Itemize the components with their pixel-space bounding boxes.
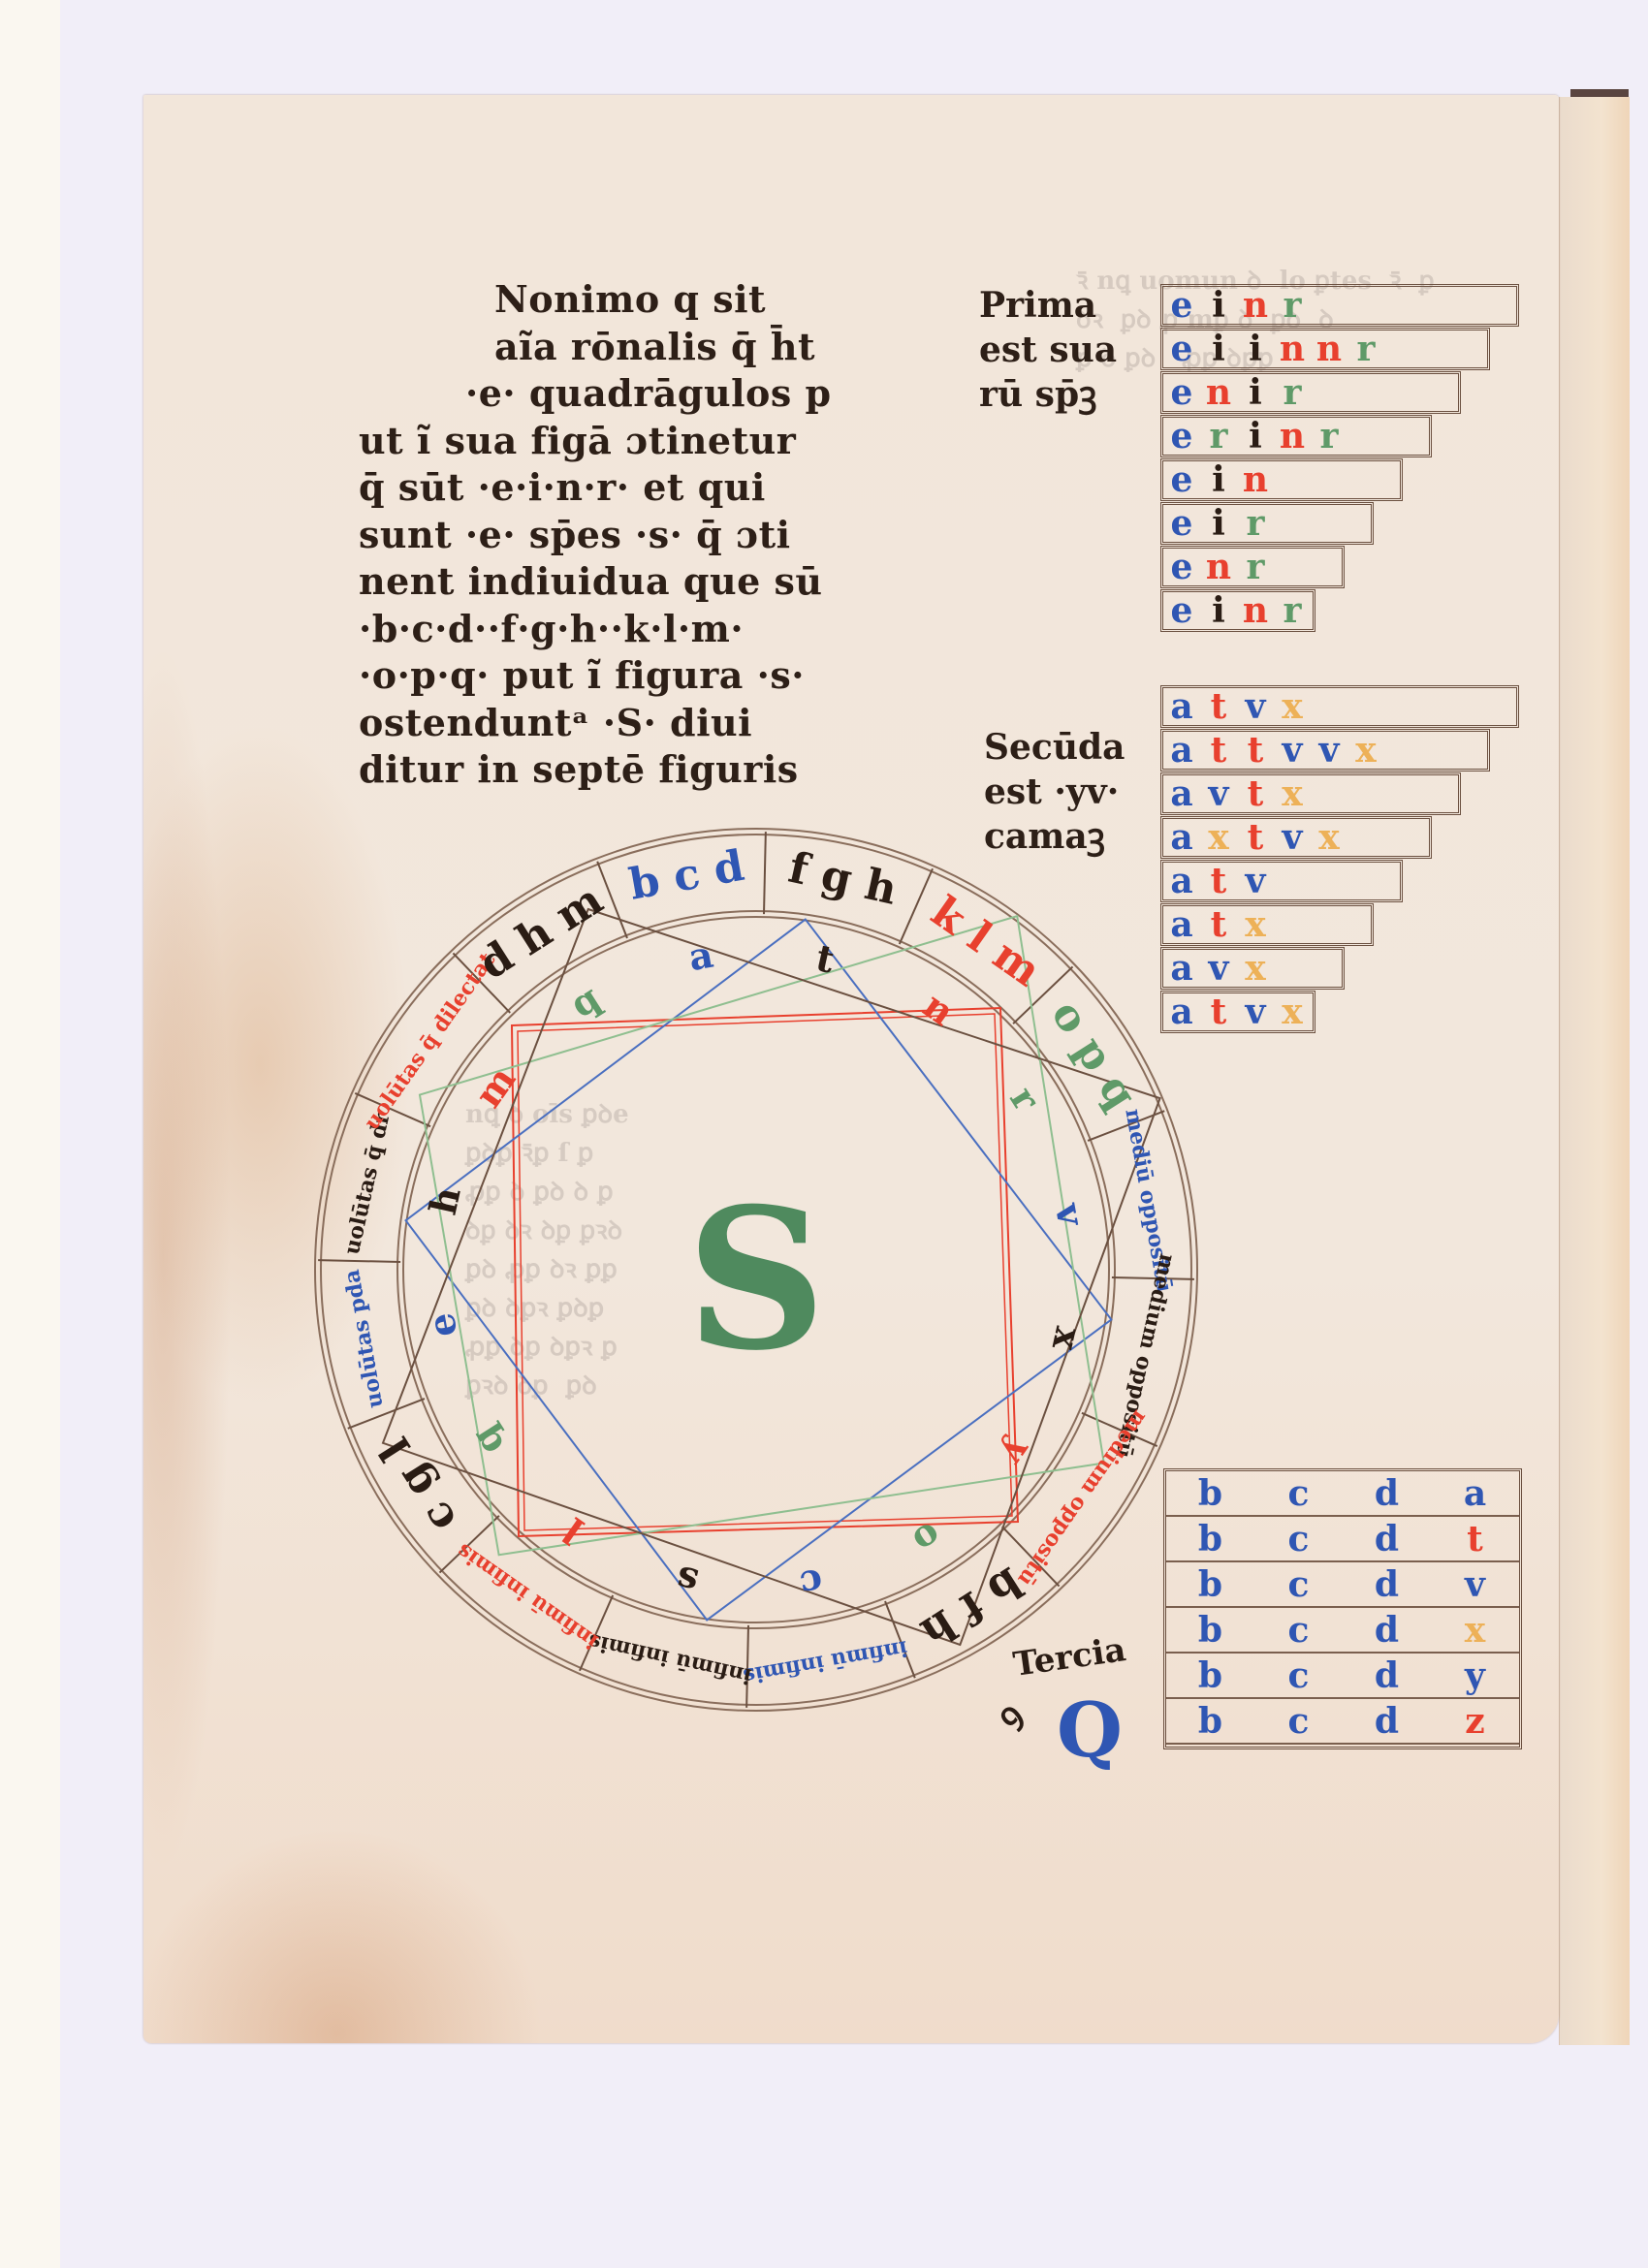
table-cell: v — [1237, 686, 1274, 727]
inner-point-label: q — [562, 975, 608, 1025]
table-cell: d — [1343, 1701, 1431, 1742]
inner-point-label: q — [461, 1418, 512, 1464]
table-cell: n — [1274, 329, 1311, 369]
ring-segment-label: c g l — [370, 1429, 466, 1541]
text-line: ·o·p·q· put ĩ figura ·s· — [359, 652, 902, 700]
table-cell: n — [1274, 416, 1311, 457]
table-cell: n — [1237, 590, 1274, 631]
table-row: bcdz — [1166, 1699, 1519, 1745]
table-cell: i — [1200, 459, 1237, 500]
table-cell: a — [1431, 1473, 1519, 1514]
table-cell: i — [1200, 503, 1237, 544]
table-cell: c — [1254, 1473, 1343, 1514]
table-row: atvx — [1160, 685, 1519, 728]
table-row: erinr — [1160, 415, 1432, 457]
table-cell: c — [1254, 1564, 1343, 1605]
table-cell: n — [1237, 285, 1274, 326]
text-line: nent indiuidua que sū — [359, 558, 902, 606]
table-cell: t — [1200, 992, 1237, 1032]
table-cell: n — [1200, 547, 1237, 587]
ring-segment-label: infimū infimis — [742, 1635, 910, 1688]
table-cell: t — [1200, 730, 1237, 771]
table-row: bcdv — [1166, 1562, 1519, 1608]
inner-point-label: v — [1047, 1199, 1094, 1230]
table-cell: t — [1431, 1519, 1519, 1559]
table-cell: i — [1237, 329, 1274, 369]
text-line: Nonimo q sit — [359, 276, 902, 324]
table-cell: t — [1237, 817, 1274, 858]
table-tercia: bcdabcdtbcdvbcdxbcdybcdz — [1163, 1468, 1522, 1749]
table-cell: c — [1254, 1655, 1343, 1696]
table-cell: d — [1343, 1655, 1431, 1696]
table-cell: x — [1274, 992, 1311, 1032]
table-cell: i — [1200, 285, 1237, 326]
table-cell: d — [1343, 1519, 1431, 1559]
center-letter-s: S — [686, 1166, 826, 1394]
table-row: bcdx — [1166, 1608, 1519, 1654]
main-text: Nonimo q sit aĩa rōnalis q̄ h̄t ·e· quad… — [359, 276, 902, 794]
text-line: ·e· quadrāgulos p — [359, 370, 902, 418]
table-row: enr — [1160, 546, 1345, 588]
table-cell: x — [1311, 817, 1347, 858]
table-cell: r — [1347, 329, 1384, 369]
inner-point-label: c — [797, 1560, 827, 1607]
ring-segment-label: b c d — [625, 841, 747, 910]
ring-segment-label: infimū infimis — [452, 1538, 603, 1654]
table-cell: x — [1347, 730, 1384, 771]
table-cell: v — [1200, 773, 1237, 814]
inner-point-label: n — [915, 983, 962, 1034]
inner-point-label: s — [672, 1558, 702, 1605]
table-cell: c — [1254, 1610, 1343, 1651]
table-cell: e — [1163, 416, 1200, 457]
table-cell: r — [1237, 547, 1274, 587]
table-cell: e — [1163, 459, 1200, 500]
table-cell: e — [1163, 503, 1200, 544]
table-cell: v — [1274, 817, 1311, 858]
table-cell: x — [1200, 817, 1237, 858]
table-row: einr — [1160, 284, 1519, 327]
table-cell: x — [1237, 948, 1274, 989]
table-cell: y — [1431, 1655, 1519, 1696]
inner-point-label: o — [905, 1514, 950, 1564]
table-cell: e — [1163, 329, 1200, 369]
table-cell: r — [1274, 590, 1311, 631]
table-cell: r — [1237, 503, 1274, 544]
table-row: einr — [1160, 589, 1315, 632]
ring-segment-label: b f h — [912, 1558, 1030, 1657]
label-prima: Prima est sua rū sp̄ꝫ — [979, 283, 1117, 417]
table-cell: z — [1431, 1701, 1519, 1742]
table-cell: v — [1311, 730, 1347, 771]
table-cell: i — [1200, 590, 1237, 631]
table-cell: d — [1343, 1473, 1431, 1514]
inner-point-label: h — [421, 1182, 469, 1218]
table-cell: r — [1200, 416, 1237, 457]
table-cell: a — [1163, 773, 1200, 814]
table-cell: v — [1274, 730, 1311, 771]
table-row: eir — [1160, 502, 1374, 545]
inner-point-label: e — [419, 1309, 466, 1340]
inner-point-label: x — [1044, 1323, 1092, 1354]
table-cell: c — [1254, 1701, 1343, 1742]
table-cell: v — [1237, 992, 1274, 1032]
table-cell: n — [1200, 372, 1237, 413]
table-cell: e — [1163, 590, 1200, 631]
table-cell: v — [1200, 948, 1237, 989]
table-cell: r — [1274, 285, 1311, 326]
table-cell: r — [1274, 372, 1311, 413]
table-row: bcdt — [1166, 1517, 1519, 1562]
table-cell: n — [1237, 459, 1274, 500]
table-cell: c — [1254, 1519, 1343, 1559]
table-cell: i — [1237, 372, 1274, 413]
table-cell: x — [1274, 773, 1311, 814]
diagram-svg: S b c df g hk l mo p qmediū oppositūmedi… — [310, 824, 1202, 1716]
text-line: aĩa rōnalis q̄ h̄t — [359, 324, 902, 371]
ring-segment-label: uolūtas pda — [339, 1268, 389, 1410]
table-row: avtx — [1160, 772, 1461, 815]
table-cell: t — [1200, 861, 1237, 901]
text-line: sunt ·e· sp̄es ·s· q̄ ɔti — [359, 512, 902, 559]
inner-point-label: r — [1001, 1079, 1049, 1119]
table-cell: t — [1237, 773, 1274, 814]
ring-segment-label: uolūtas q̄ dr — [339, 1110, 396, 1257]
circular-diagram: S b c df g hk l mo p qmediū oppositūmedi… — [310, 824, 1202, 1716]
table-row: enir — [1160, 371, 1461, 414]
table-cell: t — [1200, 686, 1237, 727]
table-cell: r — [1311, 416, 1347, 457]
next-leaf-edge — [1559, 97, 1630, 2045]
text-line: ·b·c·d··f·g·h··k·l·m· — [359, 606, 902, 653]
table-row: eiinnr — [1160, 328, 1490, 370]
table-cell: v — [1237, 861, 1274, 901]
table-row: ein — [1160, 458, 1403, 501]
table-cell: n — [1311, 329, 1347, 369]
table-cell: a — [1163, 686, 1200, 727]
inner-point-label: y — [993, 1431, 1042, 1474]
table-cell: x — [1431, 1610, 1519, 1651]
table-cell: t — [1200, 904, 1237, 945]
table-cell: d — [1343, 1564, 1431, 1605]
table-cell: e — [1163, 372, 1200, 413]
table-cell: a — [1163, 730, 1200, 771]
scan-margin — [0, 0, 60, 2268]
table-cell: t — [1237, 730, 1274, 771]
table-row: attvvx — [1160, 729, 1490, 772]
table-cell: d — [1343, 1610, 1431, 1651]
table-row: bcdy — [1166, 1654, 1519, 1699]
text-line: ostenduntᵃ ·S· diui — [359, 700, 902, 747]
text-line: q̄ sūt ·e·i·n·r· et qui — [359, 464, 902, 512]
table-cell: i — [1237, 416, 1274, 457]
ring-segment-label: o p q — [1041, 992, 1146, 1118]
table-cell: i — [1200, 329, 1237, 369]
inner-point-label: a — [685, 932, 716, 980]
table-cell: v — [1431, 1564, 1519, 1605]
text-line: ut ĩ sua figā ɔtinetur — [359, 418, 902, 465]
table-row: bcda — [1166, 1471, 1519, 1517]
text-line: ditur in septē figuris — [359, 746, 902, 794]
inner-point-label: l — [555, 1509, 591, 1553]
table-cell: x — [1237, 904, 1274, 945]
ring-segment-label: k l m — [922, 887, 1049, 996]
table-cell: e — [1163, 547, 1200, 587]
table-cell: e — [1163, 285, 1200, 326]
table-cell: x — [1274, 686, 1311, 727]
